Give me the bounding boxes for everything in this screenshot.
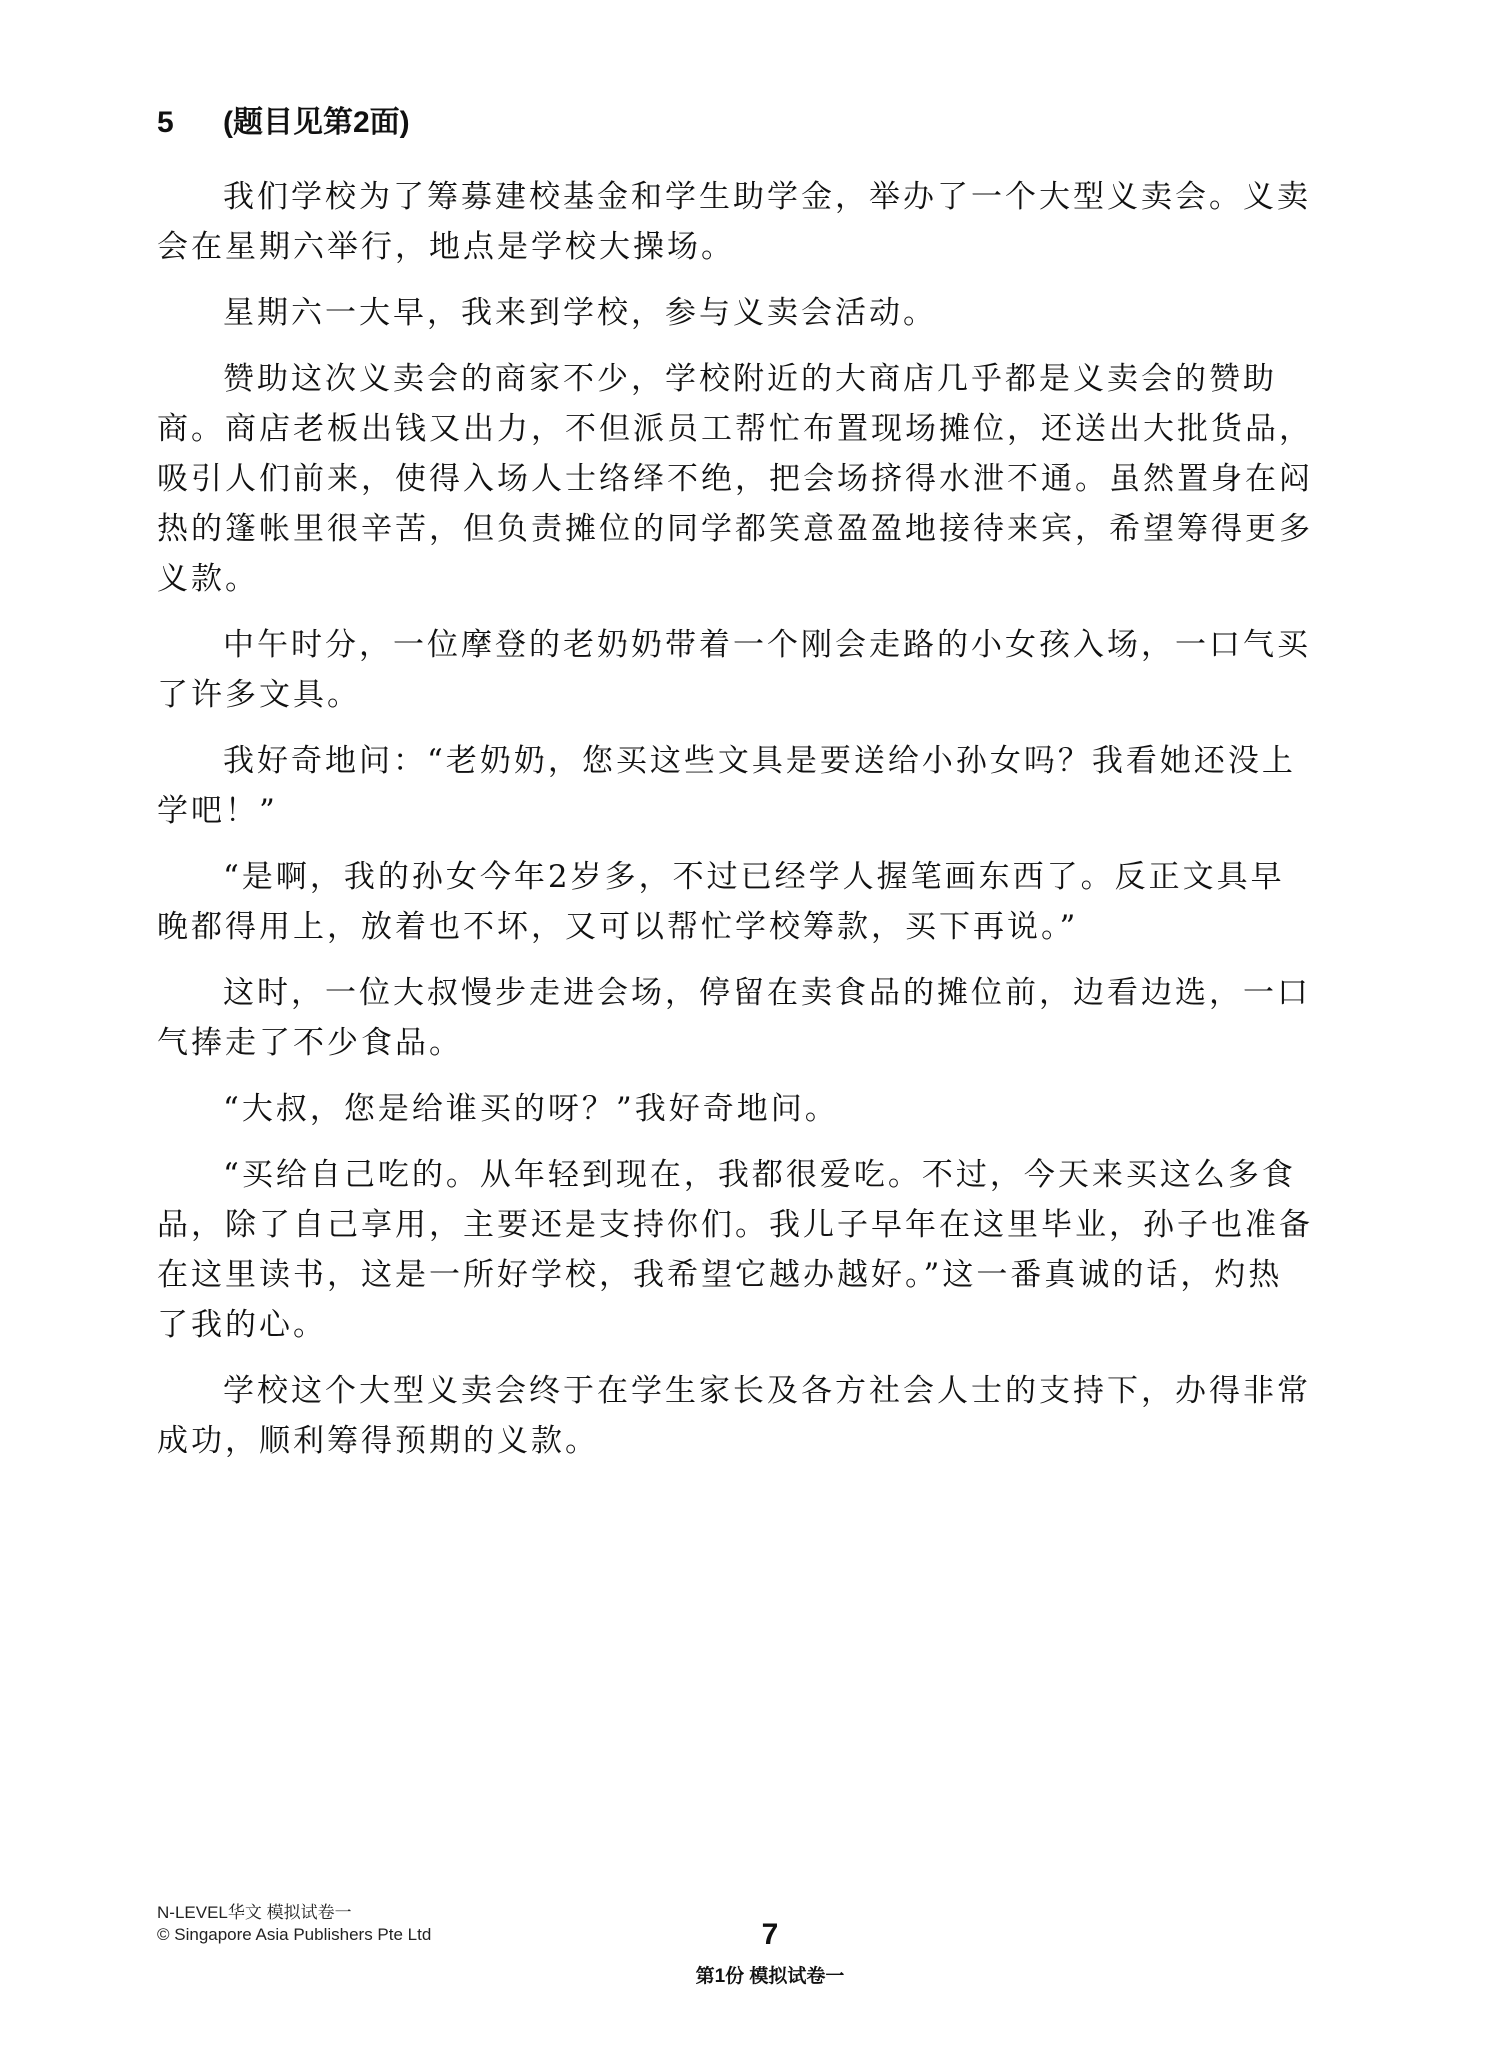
text-line: “买给自己吃的。从年轻到现在，我都很爱吃。不过，今天来买这么多食 xyxy=(157,1150,1377,1200)
question-heading: 5 (题目见第2面) xyxy=(157,103,410,143)
text-line: 学校这个大型义卖会终于在学生家长及各方社会人士的支持下，办得非常 xyxy=(157,1366,1377,1416)
text-line: 星期六一大早，我来到学校，参与义卖会活动。 xyxy=(157,288,1377,338)
footer-publisher-info: N-LEVEL华文 模拟试卷一 © Singapore Asia Publish… xyxy=(157,1902,431,1946)
text-line: “大叔，您是给谁买的呀？”我好奇地问。 xyxy=(157,1084,1377,1134)
paragraph-7: 这时，一位大叔慢步走进会场，停留在卖食品的摊位前，边看边选，一口 气捧走了不少食… xyxy=(157,968,1377,1068)
text-line: 学吧！” xyxy=(157,786,1377,836)
text-line: 在这里读书，这是一所好学校，我希望它越办越好。”这一番真诚的话，灼热 xyxy=(157,1250,1377,1300)
text-line: 了我的心。 xyxy=(157,1300,1377,1350)
text-line: 会在星期六举行，地点是学校大操场。 xyxy=(157,222,1377,272)
paragraph-10: 学校这个大型义卖会终于在学生家长及各方社会人士的支持下，办得非常 成功，顺利筹得… xyxy=(157,1366,1377,1466)
footer-page-info: 7 第1份 模拟试卷一 xyxy=(640,1918,900,1990)
text-line: 我好奇地问：“老奶奶，您买这些文具是要送给小孙女吗？我看她还没上 xyxy=(157,736,1377,786)
footer-series-title: N-LEVEL华文 模拟试卷一 xyxy=(157,1902,431,1924)
paragraph-1: 我们学校为了筹募建校基金和学生助学金，举办了一个大型义卖会。义卖 会在星期六举行… xyxy=(157,172,1377,272)
text-line: 吸引人们前来，使得入场人士络绎不绝，把会场挤得水泄不通。虽然置身在闷 xyxy=(157,454,1377,504)
text-line: 晚都得用上，放着也不坏，又可以帮忙学校筹款，买下再说。” xyxy=(157,902,1377,952)
text-line: 品，除了自己享用，主要还是支持你们。我儿子早年在这里毕业，孙子也准备 xyxy=(157,1200,1377,1250)
text-line: 这时，一位大叔慢步走进会场，停留在卖食品的摊位前，边看边选，一口 xyxy=(157,968,1377,1018)
question-reference: (题目见第2面) xyxy=(223,103,410,143)
paragraph-5: 我好奇地问：“老奶奶，您买这些文具是要送给小孙女吗？我看她还没上 学吧！” xyxy=(157,736,1377,836)
text-line: 了许多文具。 xyxy=(157,670,1377,720)
paragraph-3: 赞助这次义卖会的商家不少，学校附近的大商店几乎都是义卖会的赞助 商。商店老板出钱… xyxy=(157,354,1377,604)
text-line: 赞助这次义卖会的商家不少，学校附近的大商店几乎都是义卖会的赞助 xyxy=(157,354,1377,404)
paragraph-6: “是啊，我的孙女今年2岁多，不过已经学人握笔画东西了。反正文具早 晚都得用上，放… xyxy=(157,852,1377,952)
paragraph-2: 星期六一大早，我来到学校，参与义卖会活动。 xyxy=(157,288,1377,338)
text-line: 中午时分，一位摩登的老奶奶带着一个刚会走路的小女孩入场，一口气买 xyxy=(157,620,1377,670)
paragraph-9: “买给自己吃的。从年轻到现在，我都很爱吃。不过，今天来买这么多食 品，除了自己享… xyxy=(157,1150,1377,1350)
text-line: 商。商店老板出钱又出力，不但派员工帮忙布置现场摊位，还送出大批货品， xyxy=(157,404,1377,454)
question-number: 5 xyxy=(157,103,223,143)
paragraph-8: “大叔，您是给谁买的呀？”我好奇地问。 xyxy=(157,1084,1377,1134)
text-line: 热的篷帐里很辛苦，但负责摊位的同学都笑意盈盈地接待来宾，希望筹得更多 xyxy=(157,504,1377,554)
page-number: 7 xyxy=(640,1918,900,1952)
document-page: 5 (题目见第2面) 我们学校为了筹募建校基金和学生助学金，举办了一个大型义卖会… xyxy=(0,0,1506,2051)
text-line: 成功，顺利筹得预期的义款。 xyxy=(157,1416,1377,1466)
paragraph-4: 中午时分，一位摩登的老奶奶带着一个刚会走路的小女孩入场，一口气买 了许多文具。 xyxy=(157,620,1377,720)
text-line: 气捧走了不少食品。 xyxy=(157,1018,1377,1068)
paper-label: 第1份 模拟试卷一 xyxy=(640,1964,900,1990)
text-line: “是啊，我的孙女今年2岁多，不过已经学人握笔画东西了。反正文具早 xyxy=(157,852,1377,902)
text-line: 我们学校为了筹募建校基金和学生助学金，举办了一个大型义卖会。义卖 xyxy=(157,172,1377,222)
footer-copyright: © Singapore Asia Publishers Pte Ltd xyxy=(157,1924,431,1946)
passage-body: 我们学校为了筹募建校基金和学生助学金，举办了一个大型义卖会。义卖 会在星期六举行… xyxy=(157,172,1377,1482)
text-line: 义款。 xyxy=(157,554,1377,604)
